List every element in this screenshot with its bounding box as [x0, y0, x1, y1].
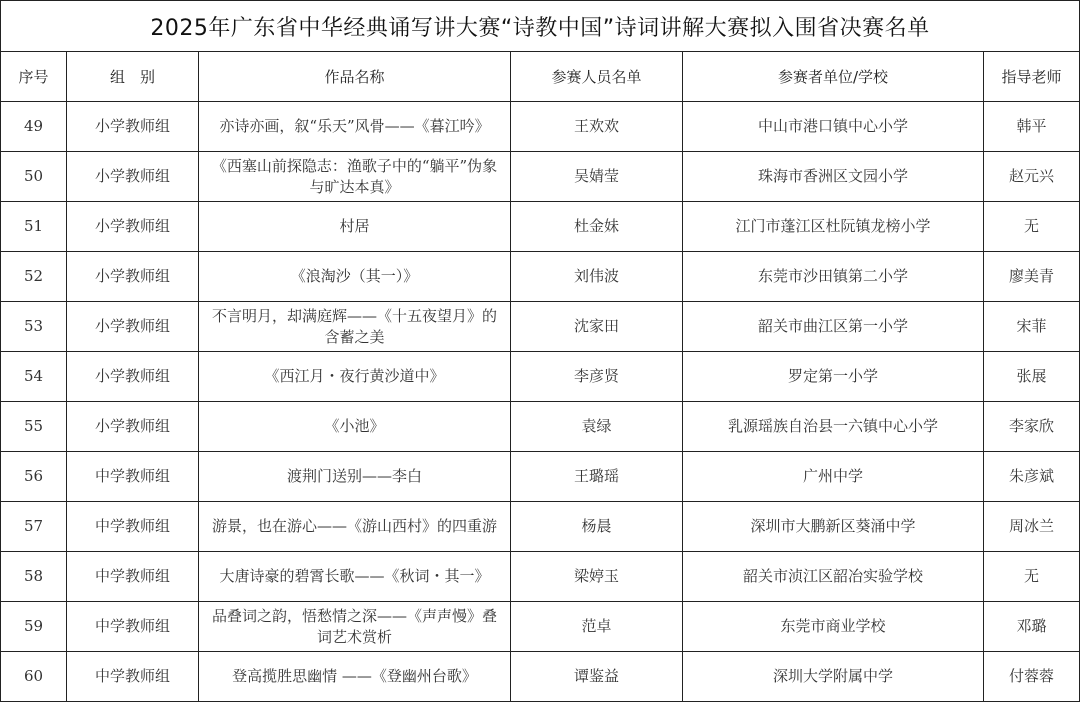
cell-participant: 范卓 [511, 602, 683, 652]
cell-participant: 袁绿 [511, 402, 683, 452]
column-header-number: 序号 [1, 52, 67, 102]
cell-participant: 沈家田 [511, 302, 683, 352]
cell-group: 小学教师组 [67, 402, 199, 452]
table-row: 50 小学教师组 《西塞山前探隐志：渔歌子中的“躺平”伪象与旷达本真》 吴婧莹 … [1, 152, 1080, 202]
cell-school: 深圳市大鹏新区葵涌中学 [683, 502, 984, 552]
cell-school: 韶关市曲江区第一小学 [683, 302, 984, 352]
cell-number: 58 [1, 552, 67, 602]
cell-number: 59 [1, 602, 67, 652]
cell-number: 56 [1, 452, 67, 502]
cell-number: 53 [1, 302, 67, 352]
column-header-advisor: 指导老师 [984, 52, 1080, 102]
table-row: 55 小学教师组 《小池》 袁绿 乳源瑶族自治县一六镇中心小学 李家欣 [1, 402, 1080, 452]
cell-number: 51 [1, 202, 67, 252]
cell-number: 55 [1, 402, 67, 452]
cell-work-title: 《小池》 [199, 402, 511, 452]
cell-number: 52 [1, 252, 67, 302]
table-row: 58 中学教师组 大唐诗豪的碧霄长歌——《秋词・其一》 梁婷玉 韶关市浈江区韶冶… [1, 552, 1080, 602]
cell-school: 深圳大学附属中学 [683, 652, 984, 702]
cell-group: 小学教师组 [67, 102, 199, 152]
cell-group: 中学教师组 [67, 552, 199, 602]
table-row: 57 中学教师组 游景，也在游心——《游山西村》的四重游 杨晨 深圳市大鹏新区葵… [1, 502, 1080, 552]
cell-participant: 王璐瑶 [511, 452, 683, 502]
cell-work-title: 品叠词之韵，悟愁情之深——《声声慢》叠词艺术赏析 [199, 602, 511, 652]
cell-advisor: 无 [984, 552, 1080, 602]
finalist-list-sheet: 2025年广东省中华经典诵写讲大赛“诗教中国”诗词讲解大赛拟入围省决赛名单 序号… [0, 0, 1079, 702]
cell-school: 珠海市香洲区文园小学 [683, 152, 984, 202]
table-row: 60 中学教师组 登高揽胜思幽情 ——《登幽州台歌》 谭鉴益 深圳大学附属中学 … [1, 652, 1080, 702]
cell-work-title: 《西塞山前探隐志：渔歌子中的“躺平”伪象与旷达本真》 [199, 152, 511, 202]
cell-group: 中学教师组 [67, 452, 199, 502]
cell-work-title: 大唐诗豪的碧霄长歌——《秋词・其一》 [199, 552, 511, 602]
cell-work-title: 村居 [199, 202, 511, 252]
cell-participant: 王欢欢 [511, 102, 683, 152]
cell-advisor: 付蓉蓉 [984, 652, 1080, 702]
column-header-participant: 参赛人员名单 [511, 52, 683, 102]
cell-participant: 杜金妹 [511, 202, 683, 252]
cell-advisor: 赵元兴 [984, 152, 1080, 202]
cell-participant: 李彦贤 [511, 352, 683, 402]
cell-advisor: 韩平 [984, 102, 1080, 152]
cell-school: 江门市蓬江区杜阮镇龙榜小学 [683, 202, 984, 252]
cell-advisor: 廖美青 [984, 252, 1080, 302]
cell-school: 广州中学 [683, 452, 984, 502]
table-row: 51 小学教师组 村居 杜金妹 江门市蓬江区杜阮镇龙榜小学 无 [1, 202, 1080, 252]
cell-group: 小学教师组 [67, 202, 199, 252]
cell-group: 中学教师组 [67, 652, 199, 702]
column-header-group: 组 别 [67, 52, 199, 102]
cell-group: 小学教师组 [67, 302, 199, 352]
cell-work-title: 《西江月・夜行黄沙道中》 [199, 352, 511, 402]
table-row: 52 小学教师组 《浪淘沙（其一）》 刘伟波 东莞市沙田镇第二小学 廖美青 [1, 252, 1080, 302]
cell-number: 54 [1, 352, 67, 402]
cell-work-title: 不言明月，却满庭辉——《十五夜望月》的含蓄之美 [199, 302, 511, 352]
finalist-table: 2025年广东省中华经典诵写讲大赛“诗教中国”诗词讲解大赛拟入围省决赛名单 序号… [0, 0, 1080, 702]
column-header-row: 序号 组 别 作品名称 参赛人员名单 参赛者单位/学校 指导老师 [1, 52, 1080, 102]
cell-school: 乳源瑶族自治县一六镇中心小学 [683, 402, 984, 452]
cell-advisor: 张展 [984, 352, 1080, 402]
cell-group: 小学教师组 [67, 152, 199, 202]
cell-group: 中学教师组 [67, 602, 199, 652]
cell-advisor: 无 [984, 202, 1080, 252]
cell-number: 50 [1, 152, 67, 202]
cell-participant: 刘伟波 [511, 252, 683, 302]
table-row: 56 中学教师组 渡荆门送别——李白 王璐瑶 广州中学 朱彦斌 [1, 452, 1080, 502]
table-row: 53 小学教师组 不言明月，却满庭辉——《十五夜望月》的含蓄之美 沈家田 韶关市… [1, 302, 1080, 352]
cell-group: 小学教师组 [67, 352, 199, 402]
cell-group: 中学教师组 [67, 502, 199, 552]
cell-participant: 梁婷玉 [511, 552, 683, 602]
table-row: 59 中学教师组 品叠词之韵，悟愁情之深——《声声慢》叠词艺术赏析 范卓 东莞市… [1, 602, 1080, 652]
column-header-school: 参赛者单位/学校 [683, 52, 984, 102]
cell-school: 韶关市浈江区韶冶实验学校 [683, 552, 984, 602]
cell-advisor: 朱彦斌 [984, 452, 1080, 502]
cell-work-title: 亦诗亦画，叙“乐天”风骨——《暮江吟》 [199, 102, 511, 152]
cell-school: 中山市港口镇中心小学 [683, 102, 984, 152]
cell-work-title: 登高揽胜思幽情 ——《登幽州台歌》 [199, 652, 511, 702]
cell-group: 小学教师组 [67, 252, 199, 302]
cell-number: 57 [1, 502, 67, 552]
cell-work-title: 《浪淘沙（其一）》 [199, 252, 511, 302]
cell-school: 东莞市沙田镇第二小学 [683, 252, 984, 302]
cell-participant: 谭鉴益 [511, 652, 683, 702]
cell-advisor: 周冰兰 [984, 502, 1080, 552]
cell-work-title: 游景，也在游心——《游山西村》的四重游 [199, 502, 511, 552]
cell-number: 60 [1, 652, 67, 702]
cell-advisor: 邓璐 [984, 602, 1080, 652]
column-header-work-title: 作品名称 [199, 52, 511, 102]
cell-participant: 杨晨 [511, 502, 683, 552]
cell-number: 49 [1, 102, 67, 152]
cell-advisor: 李家欣 [984, 402, 1080, 452]
cell-advisor: 宋菲 [984, 302, 1080, 352]
table-row: 49 小学教师组 亦诗亦画，叙“乐天”风骨——《暮江吟》 王欢欢 中山市港口镇中… [1, 102, 1080, 152]
cell-school: 东莞市商业学校 [683, 602, 984, 652]
cell-work-title: 渡荆门送别——李白 [199, 452, 511, 502]
table-row: 54 小学教师组 《西江月・夜行黄沙道中》 李彦贤 罗定第一小学 张展 [1, 352, 1080, 402]
cell-school: 罗定第一小学 [683, 352, 984, 402]
cell-participant: 吴婧莹 [511, 152, 683, 202]
document-title: 2025年广东省中华经典诵写讲大赛“诗教中国”诗词讲解大赛拟入围省决赛名单 [1, 1, 1080, 52]
